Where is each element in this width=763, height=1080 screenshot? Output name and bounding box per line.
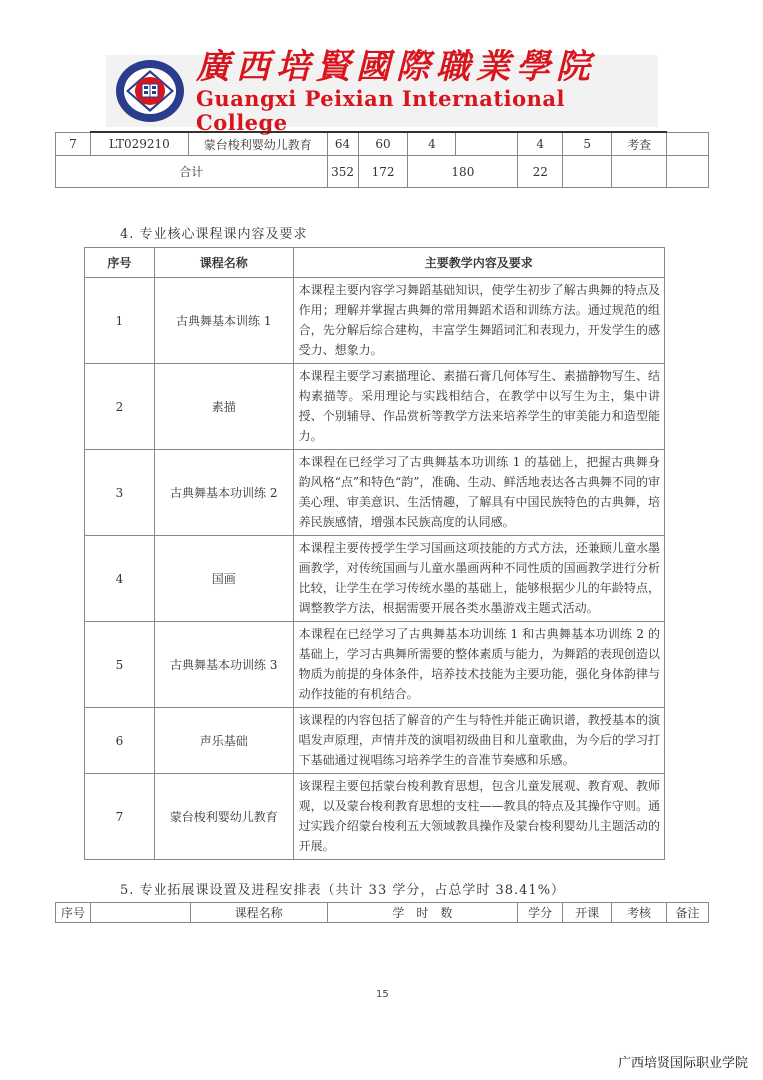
cell-no: 7 [56, 132, 91, 156]
cell-blank [456, 132, 518, 156]
row-description: 本课程主要传授学生学习国画这项技能的方式方法，还兼顾儿童水墨画教学，对传统国画与… [293, 536, 664, 622]
total-note [667, 156, 709, 188]
row-description: 本课程主要学习素描理论、素描石膏几何体写生、素描静物写生、结构素描等。采用理论与… [293, 364, 664, 450]
core-course-content-table: 序号 课程名称 主要教学内容及要求 1 古典舞基本训练 1 本课程主要内容学习舞… [84, 247, 665, 860]
row-no: 7 [85, 774, 155, 860]
cell-note [667, 132, 709, 156]
row-description: 本课程主要内容学习舞蹈基础知识，使学生初步了解古典舞的特点及作用；理解并掌握古典… [293, 278, 664, 364]
table-header-row: 序号 课程名称 主要教学内容及要求 [85, 248, 665, 278]
table-row: 1 古典舞基本训练 1 本课程主要内容学习舞蹈基础知识，使学生初步了解古典舞的特… [85, 278, 665, 364]
row-no: 1 [85, 278, 155, 364]
table-row: 7 蒙台梭利婴幼儿教育 该课程主要包括蒙台梭利教育思想，包含儿童发展观、教育观、… [85, 774, 665, 860]
row-no: 4 [85, 536, 155, 622]
total-row: 合计 352 172 180 22 [56, 156, 709, 188]
row-course-name: 素描 [154, 364, 293, 450]
header-hours: 学 时 数 [327, 903, 518, 923]
header-term: 开课 [563, 903, 612, 923]
banner-title-cn: 廣西培賢國際職業學院 [196, 47, 658, 87]
row-description: 本课程在已经学习了古典舞基本功训练 1 和古典舞基本功训练 2 的基础上，学习古… [293, 622, 664, 708]
header-credits: 学分 [518, 903, 563, 923]
cell-name: 蒙台梭利婴幼儿教育 [188, 132, 327, 156]
table-row: 7 LT029210 蒙台梭利婴幼儿教育 64 60 4 4 5 考查 [56, 132, 709, 156]
cell-practice-hours: 4 [408, 132, 456, 156]
banner-title-en: Guangxi Peixian International College [196, 87, 658, 135]
cell-code: LT029210 [90, 132, 188, 156]
header-course-name: 课程名称 [190, 903, 327, 923]
row-course-name: 国画 [154, 536, 293, 622]
college-emblem-icon [114, 58, 186, 124]
header-assessment: 考核 [612, 903, 667, 923]
total-practice: 180 [408, 156, 518, 188]
course-schedule-table-continued: 7 LT029210 蒙台梭利婴幼儿教育 64 60 4 4 5 考查 合计 3… [55, 131, 709, 188]
total-term [563, 156, 612, 188]
row-description: 该课程的内容包括了解音的产生与特性并能正确识谱，教授基本的演唱发声原理，声情并茂… [293, 708, 664, 774]
row-course-name: 蒙台梭利婴幼儿教育 [154, 774, 293, 860]
total-hours: 352 [327, 156, 358, 188]
row-course-name: 声乐基础 [154, 708, 293, 774]
row-no: 6 [85, 708, 155, 774]
cell-term: 5 [563, 132, 612, 156]
total-label: 合计 [56, 156, 328, 188]
header-note: 备注 [667, 903, 709, 923]
header-no: 序号 [56, 903, 91, 923]
cell-theory-hours: 60 [358, 132, 408, 156]
row-no: 2 [85, 364, 155, 450]
row-description: 该课程主要包括蒙台梭利教育思想，包含儿童发展观、教育观、教师观，以及蒙台梭利教育… [293, 774, 664, 860]
cell-total-hours: 64 [327, 132, 358, 156]
cell-credits: 4 [518, 132, 563, 156]
row-course-name: 古典舞基本功训练 3 [154, 622, 293, 708]
table-row: 2 素描 本课程主要学习素描理论、素描石膏几何体写生、素描静物写生、结构素描等。… [85, 364, 665, 450]
table-row: 5 古典舞基本功训练 3 本课程在已经学习了古典舞基本功训练 1 和古典舞基本功… [85, 622, 665, 708]
section-4-heading: 4. 专业核心课程课内容及要求 [120, 223, 308, 242]
header-course-name: 课程名称 [154, 248, 293, 278]
extension-course-table: 序号 课程名称 学 时 数 学分 开课 考核 备注 [55, 902, 709, 923]
row-no: 3 [85, 450, 155, 536]
cell-assessment: 考查 [612, 132, 667, 156]
total-theory: 172 [358, 156, 408, 188]
college-banner: 廣西培賢國際職業學院 Guangxi Peixian International… [106, 55, 658, 127]
footer-college-name: 广西培贤国际职业学院 [618, 1052, 748, 1071]
total-assessment [612, 156, 667, 188]
table-row: 4 国画 本课程主要传授学生学习国画这项技能的方式方法，还兼顾儿童水墨画教学，对… [85, 536, 665, 622]
header-blank [90, 903, 190, 923]
total-credits: 22 [518, 156, 563, 188]
row-course-name: 古典舞基本训练 1 [154, 278, 293, 364]
table-header-row: 序号 课程名称 学 时 数 学分 开课 考核 备注 [56, 903, 709, 923]
header-content: 主要教学内容及要求 [293, 248, 664, 278]
table-row: 6 声乐基础 该课程的内容包括了解音的产生与特性并能正确识谱，教授基本的演唱发声… [85, 708, 665, 774]
header-no: 序号 [85, 248, 155, 278]
row-no: 5 [85, 622, 155, 708]
section-5-heading: 5. 专业拓展课设置及进程安排表（共计 33 学分，占总学时 38.41%） [120, 879, 565, 898]
table-row: 3 古典舞基本功训练 2 本课程在已经学习了古典舞基本功训练 1 的基础上，把握… [85, 450, 665, 536]
page-number: 15 [376, 989, 389, 1000]
row-description: 本课程在已经学习了古典舞基本功训练 1 的基础上，把握古典舞身韵风格“点”和特色… [293, 450, 664, 536]
row-course-name: 古典舞基本功训练 2 [154, 450, 293, 536]
